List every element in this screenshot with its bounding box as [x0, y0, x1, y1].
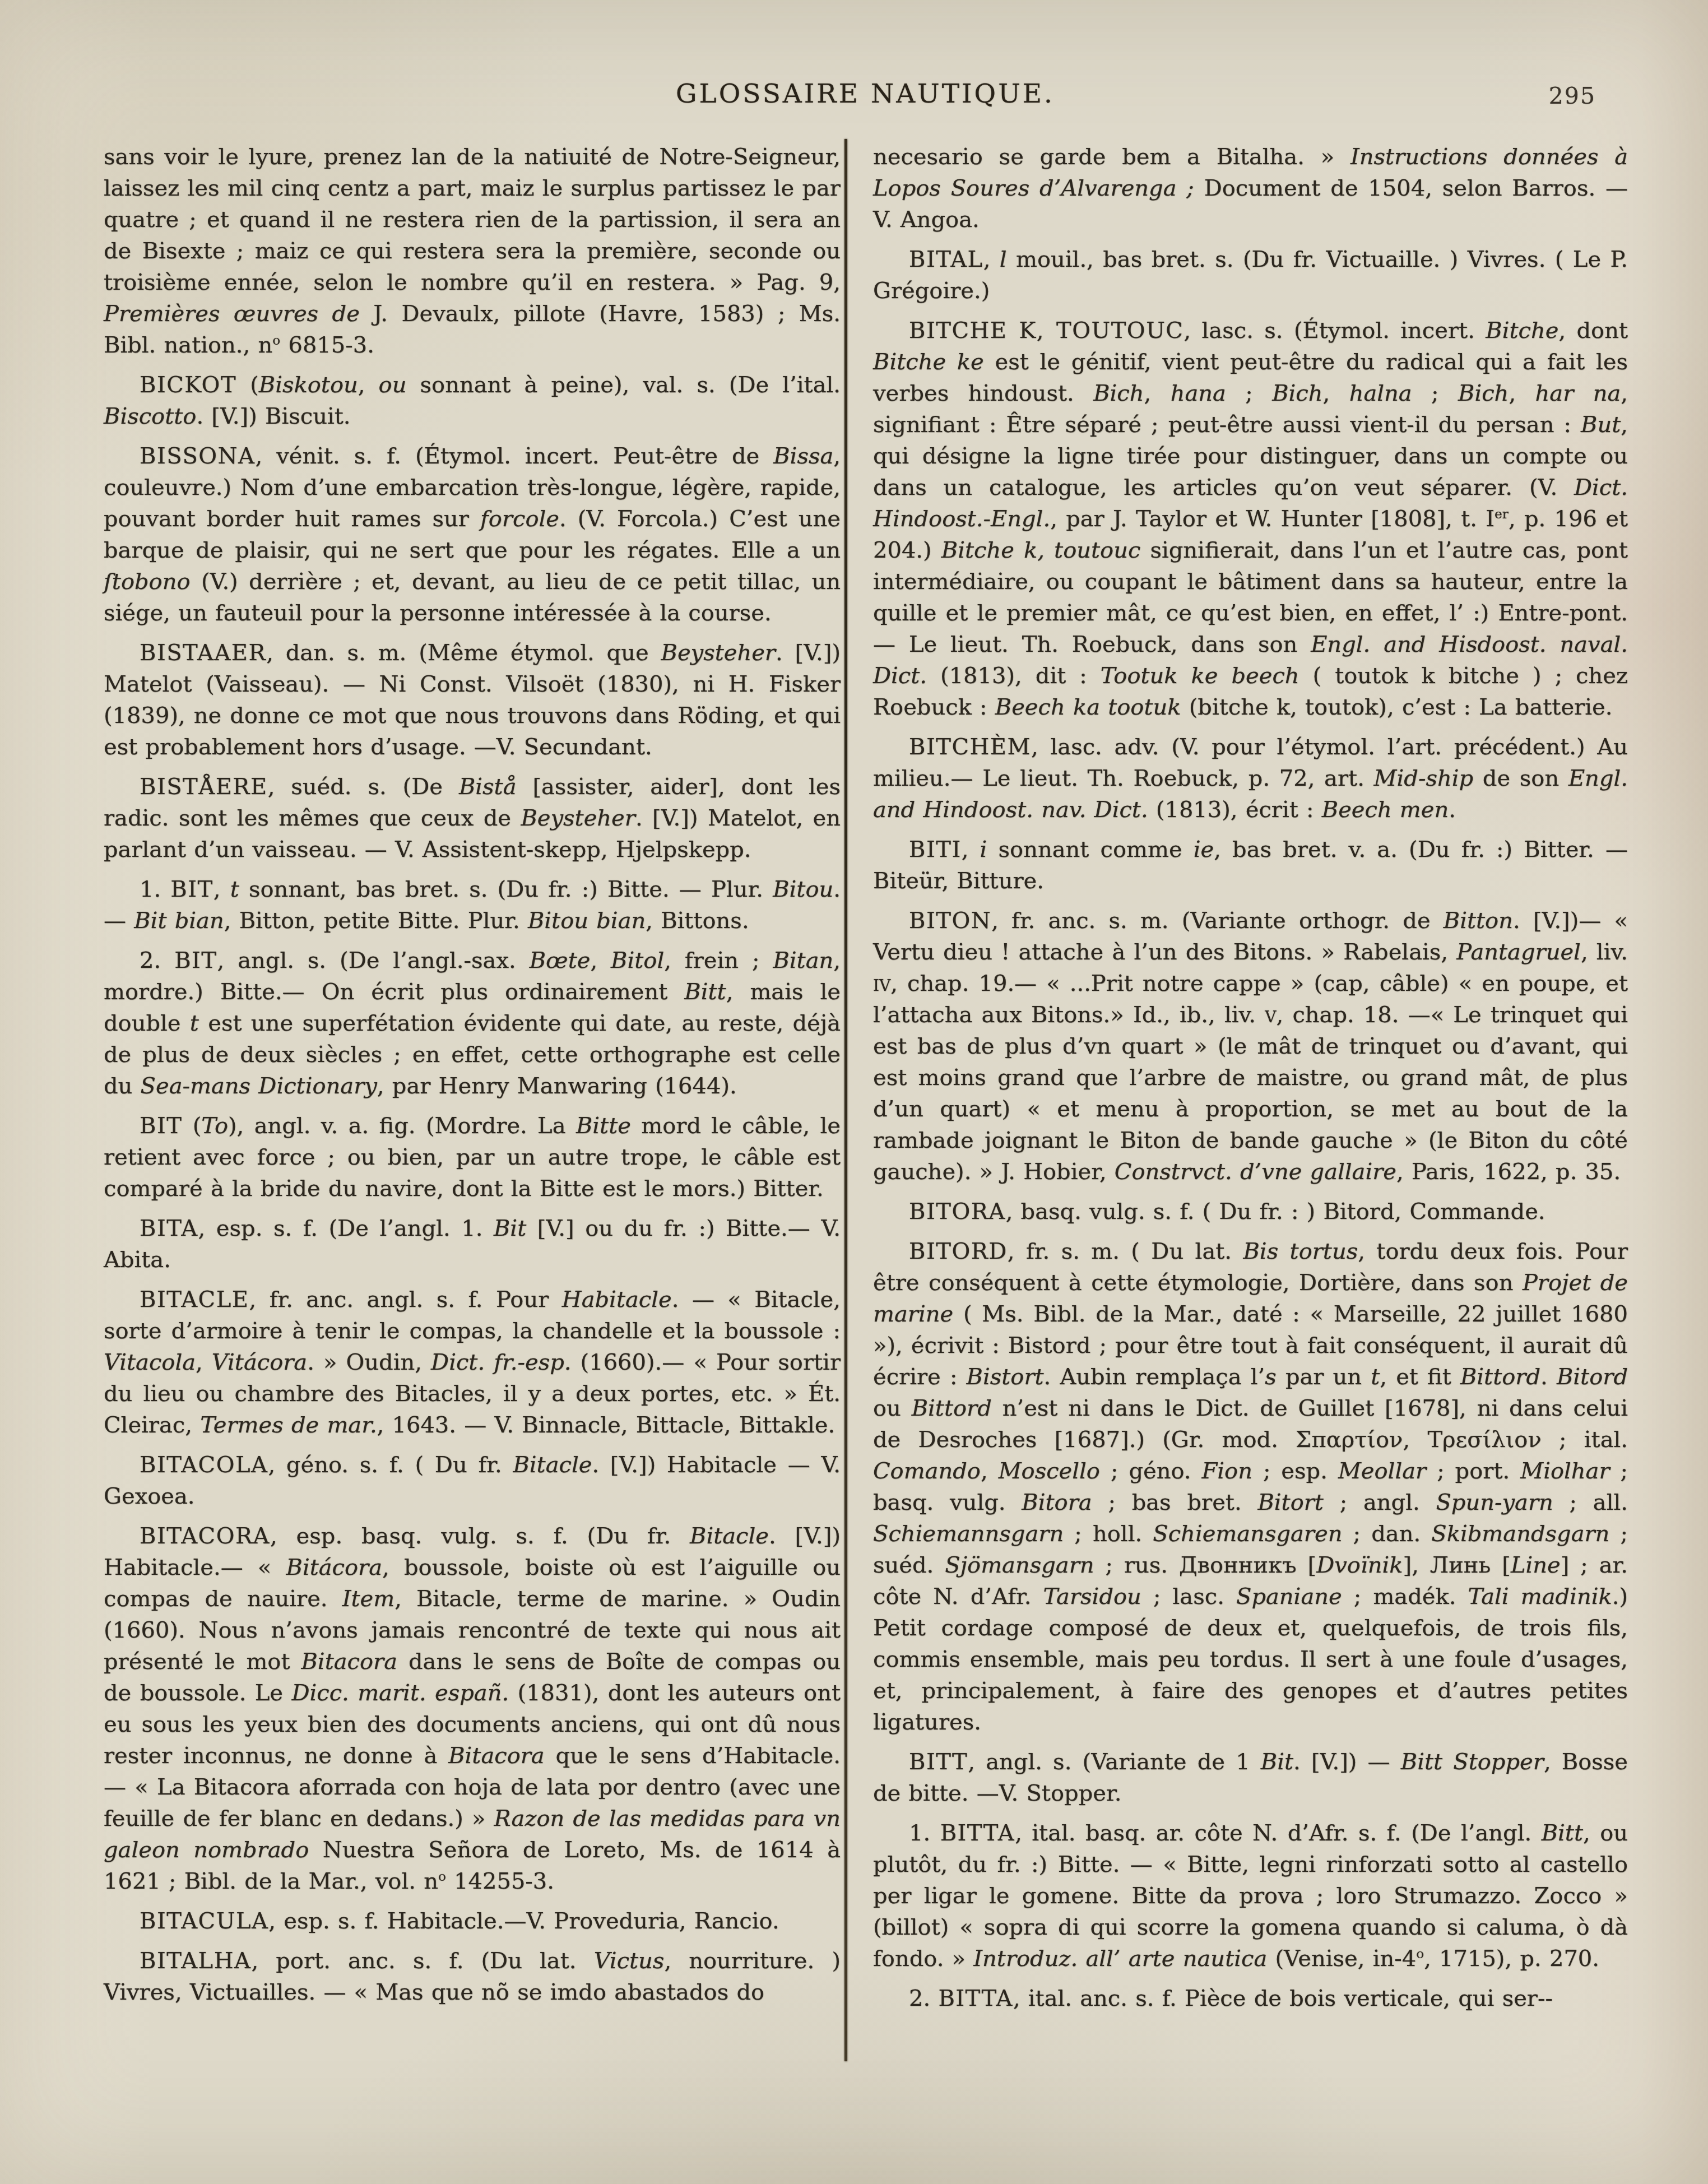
text-run: Bitt [1542, 1820, 1583, 1846]
headword: BISSONA [140, 443, 255, 469]
text-run: Termes de mar. [200, 1412, 377, 1438]
headword: BIT [140, 1113, 182, 1139]
entry-bit-2: 2. BIT, angl. s. (De l’angl.-sax. Bœte, … [104, 945, 841, 1102]
entry-bitord: BITORD, fr. s. m. ( Du lat. Bis tortus, … [873, 1236, 1628, 1738]
text-run: , suéd. s. (De [268, 774, 459, 800]
text-run: s [1265, 1364, 1277, 1390]
text-run: i [980, 837, 987, 863]
text-run: Beech ka tootuk [995, 694, 1181, 720]
text-run: , angl. s. (De l’angl.-sax. [217, 948, 530, 973]
text-run: , fr. anc. angl. s. f. Pour [249, 1287, 561, 1313]
entry-bitche-k-toutouc: BITCHE K, TOUTOUC, lasc. s. (Étymol. inc… [873, 315, 1628, 723]
text-run: , 1643. — V. Binnacle, Bittacle, Bittakl… [377, 1412, 836, 1438]
text-run: l [1000, 247, 1007, 272]
continuation-from-previous-page: sans voir le lyure, prenez lan de la nat… [104, 141, 841, 361]
text-run: . [1449, 797, 1456, 823]
text-run: Mid-ship [1374, 766, 1474, 791]
text-run: 14255-3. [446, 1868, 554, 1894]
text-run: (bitche k, toutok), c’est : La batterie. [1181, 694, 1613, 720]
text-run: hana [1171, 381, 1226, 406]
text-run: . [V.]) Biscuit. [196, 404, 350, 429]
text-run: Sjömansgarn [945, 1552, 1094, 1578]
text-run: , dan. s. m. (Même étymol. que [266, 640, 661, 666]
text-run: Schiemannsgarn [873, 1521, 1064, 1547]
text-run: Bich [1458, 381, 1509, 406]
text-run: , angl. s. (Variante de 1 [968, 1749, 1261, 1775]
text-run: 1. [909, 1820, 940, 1846]
text-run: ; géno. [1100, 1458, 1202, 1484]
text-run: Meollar [1338, 1458, 1426, 1484]
text-run: , basq. vulg. s. f. ( Du fr. : ) Bitord,… [1006, 1199, 1545, 1225]
text-run: , par J. Taylor et W. Hunter [1808], t. … [1050, 506, 1494, 532]
text-run: , Bittons. [646, 908, 749, 934]
entry-biti: BITI, i sonnant comme ie, bas bret. v. a… [873, 834, 1628, 897]
text-run: Bich [1093, 381, 1144, 406]
headword: BITCHE K, TOUTOUC [909, 318, 1183, 344]
text-run: Schiemansgaren [1153, 1521, 1342, 1547]
entry-bit-to: BIT (To), angl. v. a. fig. (Mordre. La B… [104, 1110, 841, 1204]
text-run: . Aubin remplaça l’ [1044, 1364, 1265, 1390]
entry-bitchem: BITCHÈM, lasc. adv. (V. pour l’étymol. l… [873, 731, 1628, 826]
entry-bitacula: BITACULA, esp. s. f. Habitacle.—V. Prove… [104, 1905, 841, 1937]
text-run: Dicc. marit. españ. [291, 1680, 509, 1706]
text-run: , Bitton, petite Bitte. Plur. [224, 908, 528, 934]
text-run: , fr. anc. s. m. (Variante orthogr. de [991, 908, 1444, 934]
entry-bit-1: 1. BIT, t sonnant, bas bret. s. (Du fr. … [104, 874, 841, 936]
text-run: o [438, 1869, 446, 1884]
text-run: 2. [140, 948, 174, 973]
text-run: sonnant comme [987, 837, 1193, 863]
text-run: sonnant à peine), val. s. (De l’ital. [406, 372, 841, 398]
text-run: Bitord [1557, 1364, 1628, 1390]
headword: BITACULA [140, 1908, 268, 1934]
text-run: Bittord [1460, 1364, 1540, 1390]
text-run: Introduz. all’ arte nautica [973, 1946, 1267, 1972]
text-run: 1. [140, 877, 170, 902]
text-run: Bissa [773, 443, 833, 469]
text-run: (Venise, in-4 [1267, 1946, 1416, 1972]
text-run: , 1715), p. 270. [1424, 1946, 1599, 1972]
text-run: Spaniane [1236, 1584, 1342, 1610]
text-run: Constrvct. d’vne gallaire [1115, 1159, 1396, 1185]
text-run: Bitácora [286, 1555, 383, 1580]
text-run: . » Oudin, [307, 1350, 431, 1375]
text-run: , fr. s. m. ( Du lat. [1008, 1239, 1243, 1264]
entry-bistaaer: BISTAAER, dan. s. m. (Même étymol. que B… [104, 637, 841, 763]
headword: BITA [140, 1216, 198, 1241]
headword: BITALHA [140, 1948, 251, 1974]
text-run: forcole [480, 506, 559, 532]
text-run: , [358, 372, 379, 398]
text-run: Bit [494, 1216, 526, 1241]
text-run: Spun-yarn [1436, 1490, 1553, 1515]
text-run: o [272, 333, 280, 348]
text-run: ; lasc. [1141, 1584, 1236, 1610]
text-run: Premières œuvres de [104, 301, 360, 327]
text-run: , ital. anc. s. f. Pièce de bois vertica… [1013, 1986, 1553, 2011]
headword: BITI [909, 837, 962, 863]
scanned-book-page: GLOSSAIRE NAUTIQUE. 295 sans voir le lyu… [0, 0, 1708, 2184]
text-run: sonnant, bas bret. s. (Du fr. :) Bitte. … [239, 877, 773, 902]
text-run: , [1509, 381, 1535, 406]
text-run: , [981, 1458, 999, 1484]
page-number: 295 [1549, 81, 1596, 111]
page-header: GLOSSAIRE NAUTIQUE. 295 [104, 77, 1627, 111]
entry-bitta-1: 1. BITTA, ital. basq. ar. côte N. d’Afr.… [873, 1817, 1628, 1974]
text-run: necesario se garde bem a Bitalha. » [873, 144, 1350, 170]
text-run: Tali madinik [1468, 1584, 1612, 1610]
text-run: To [201, 1113, 228, 1139]
text-run: ( [236, 372, 259, 398]
text-run: ; all. [1553, 1490, 1628, 1515]
text-run: Bittord [912, 1395, 992, 1421]
text-run: par un [1277, 1364, 1371, 1390]
text-run: , [1323, 381, 1349, 406]
entry-bissona: BISSONA, vénit. s. f. (Étymol. incert. P… [104, 440, 841, 629]
text-run: halna [1349, 381, 1412, 406]
text-run: t [190, 1010, 199, 1036]
text-run: , [1144, 381, 1170, 406]
text-run: Fion [1202, 1458, 1252, 1484]
text-run: er [1494, 507, 1509, 522]
text-run: Bitton [1444, 908, 1513, 934]
text-run: Bitou bian [528, 908, 646, 934]
text-run: Bis tortus [1243, 1239, 1358, 1264]
text-run: , [196, 1350, 212, 1375]
headword: BISTÅERE [140, 774, 268, 800]
text-run: Bitou [773, 877, 833, 902]
text-run: , esp. s. f. (De l’angl. 1. [198, 1216, 494, 1241]
text-run: Skibmandsgarn [1431, 1521, 1609, 1547]
text-run: iv [873, 971, 890, 996]
text-run: Bitt [684, 979, 726, 1005]
headword: BITON [909, 908, 991, 934]
headword: BITT [909, 1749, 968, 1775]
text-run: Bitt Stopper [1401, 1749, 1544, 1775]
text-run: Bit [1261, 1749, 1293, 1775]
headword: BIT [174, 948, 217, 973]
entry-bitora: BITORA, basq. vulg. s. f. ( Du fr. : ) B… [873, 1196, 1628, 1227]
text-run: ; esp. [1252, 1458, 1338, 1484]
entry-bitta-2: 2. BITTA, ital. anc. s. f. Pièce de bois… [873, 1983, 1628, 2014]
text-run: , et fit [1380, 1364, 1460, 1390]
entry-bitt: BITT, angl. s. (Variante de 1 Bit. [V.])… [873, 1746, 1628, 1809]
headword: BITACOLA [140, 1452, 268, 1478]
text-run: Item [342, 1586, 394, 1612]
headword: BITTA [938, 1986, 1013, 2011]
text-run: o [1416, 1946, 1424, 1962]
text-run: 6815-3. [280, 332, 374, 358]
text-run: , [214, 877, 230, 902]
text-run: Biskotou [259, 372, 358, 398]
text-block: sans voir le lyure, prenez lan de la nat… [104, 141, 1628, 2014]
text-run: ſtobono [104, 569, 191, 595]
headword: BITORD [909, 1239, 1008, 1264]
headword: BIT [170, 877, 213, 902]
text-run: , [962, 837, 980, 863]
text-run: Bich [1272, 381, 1322, 406]
text-run: Bœte [530, 948, 591, 973]
text-run: . [V.]) — [1293, 1749, 1401, 1775]
text-run: Bistort [967, 1364, 1044, 1390]
text-run: ; [1226, 381, 1272, 406]
text-run: , [590, 948, 611, 973]
text-run: ; holl. [1064, 1521, 1153, 1547]
text-run: Bitacora [448, 1743, 545, 1769]
entry-bitacora: BITACORA, esp. basq. vulg. s. f. (Du fr.… [104, 1520, 841, 1897]
entry-biton: BITON, fr. anc. s. m. (Variante orthogr.… [873, 905, 1628, 1188]
text-run: Bitacora [301, 1649, 397, 1675]
text-run: Bitacle [690, 1523, 769, 1549]
entry-bitacola: BITACOLA, géno. s. f. ( Du fr. Bitacle. … [104, 1449, 841, 1512]
text-run: t [1371, 1364, 1380, 1390]
text-run: ie [1194, 837, 1214, 863]
headword: BITACLE [140, 1287, 249, 1313]
text-run: Vitacola [104, 1350, 196, 1375]
text-run: , dont [1558, 318, 1628, 344]
text-run: 2. [909, 1986, 938, 2011]
continuation-from-left-column: necesario se garde bem a Bitalha. » Inst… [873, 141, 1628, 235]
text-run: Bit bian [134, 908, 224, 934]
text-run: sans voir le lyure, prenez lan de la nat… [104, 144, 841, 295]
text-run: , Paris, 1622, p. 35. [1396, 1159, 1621, 1185]
headword: BITCHÈM [909, 734, 1031, 760]
text-run: Beysteher [661, 640, 776, 666]
text-run: Bitort [1257, 1490, 1324, 1515]
text-run: ; port. [1426, 1458, 1520, 1484]
text-run: , frein ; [664, 948, 773, 973]
text-run: , ital. basq. ar. côte N. d’Afr. s. f. (… [1015, 1820, 1542, 1846]
text-run: , chap. 18. —« Le trinquet qui est bas d… [873, 1002, 1628, 1185]
text-run: ou [379, 372, 407, 398]
text-run: , lasc. s. (Étymol. incert. [1183, 318, 1486, 344]
text-run: But [1581, 412, 1621, 438]
text-run: Bitche k, toutouc [941, 537, 1141, 563]
entry-bistaere: BISTÅERE, suéd. s. (De Bistå [assister, … [104, 771, 841, 865]
text-run: Pantagruel [1456, 939, 1581, 965]
entry-bital: BITAL, l mouil., bas bret. s. (Du fr. Vi… [873, 244, 1628, 307]
text-run: Vitácora [212, 1350, 307, 1375]
text-run: Bitte [576, 1113, 631, 1139]
text-run: de son [1473, 766, 1568, 791]
entry-bitalha: BITALHA, port. anc. s. f. (Du lat. Victu… [104, 1945, 841, 2008]
text-run: Beech men [1322, 797, 1449, 823]
text-run: ou [873, 1395, 912, 1421]
text-run: Habitacle [562, 1287, 672, 1313]
text-run: ], Линь [ [1403, 1552, 1511, 1578]
text-run: (1813), écrit : [1148, 797, 1322, 823]
text-run: Dict. fr.-esp. [431, 1350, 571, 1375]
text-run: , géno. s. f. ( Du fr. [268, 1452, 513, 1478]
text-run: Miolhar [1520, 1458, 1609, 1484]
text-run: Bitan [773, 948, 833, 973]
text-run: ; angl. [1324, 1490, 1436, 1515]
entry-bickot: BICKOT (Biskotou, ou sonnant à peine), v… [104, 369, 841, 432]
text-run: Sea-mans Dictionary [141, 1073, 377, 1099]
text-run: Biscotto [104, 404, 196, 429]
text-run: Tootuk ke beech [1101, 663, 1299, 689]
text-run: Bitora [1022, 1490, 1092, 1515]
text-run: Bitacle [513, 1452, 592, 1478]
text-run: (1813), dit : [927, 663, 1101, 689]
text-run: v [1265, 1002, 1276, 1028]
headword: BITORA [909, 1199, 1006, 1225]
text-run: Bitche ke [873, 349, 984, 375]
headword: BISTAAER [140, 640, 266, 666]
headword: BICKOT [140, 372, 236, 398]
text-run: , liv. [1581, 939, 1628, 965]
text-run: ; dan. [1342, 1521, 1431, 1547]
left-column: sans voir le lyure, prenez lan de la nat… [104, 141, 841, 2014]
text-run: Bistå [459, 774, 517, 800]
text-run: , esp. s. f. Habitacle.—V. Proveduria, R… [268, 1908, 779, 1934]
text-run: Line [1511, 1552, 1561, 1578]
text-run: Bitol [611, 948, 664, 973]
running-title: GLOSSAIRE NAUTIQUE. [104, 77, 1627, 111]
text-run: ; madék. [1342, 1584, 1468, 1610]
text-run: , vénit. s. f. (Étymol. incert. Peut-êtr… [255, 443, 773, 469]
text-run: Bitche [1486, 318, 1558, 344]
text-run: ; [1412, 381, 1458, 406]
text-run: Dvoïnik [1316, 1552, 1403, 1578]
text-run: , port. anc. s. f. (Du lat. [251, 1948, 593, 1974]
text-run: ), angl. v. a. fig. (Mordre. La [228, 1113, 576, 1139]
headword: BITACORA [140, 1523, 270, 1549]
text-run: (V.) derrière ; et, devant, au lieu de c… [104, 569, 841, 626]
text-run: t [230, 877, 239, 902]
text-run: Comando [873, 1458, 981, 1484]
text-run: ( [182, 1113, 201, 1139]
text-run: Beysteher [521, 805, 635, 831]
text-run: . [1540, 1364, 1557, 1390]
text-run: Tarsidou [1043, 1584, 1141, 1610]
text-run: ; rus. Двонникъ [ [1094, 1552, 1317, 1578]
text-run: Moscello [999, 1458, 1100, 1484]
text-run: , par Henry Manwaring (1644). [377, 1073, 737, 1099]
text-run: ; bas bret. [1092, 1490, 1258, 1515]
right-column: necesario se garde bem a Bitalha. » Inst… [873, 141, 1628, 2014]
headword: BITTA [940, 1820, 1015, 1846]
text-run: , [983, 247, 1000, 272]
text-run: , esp. basq. vulg. s. f. (Du fr. [270, 1523, 690, 1549]
text-run: har na [1535, 381, 1621, 406]
headword: BITAL [909, 247, 983, 272]
entry-bitacle: BITACLE, fr. anc. angl. s. f. Pour Habit… [104, 1284, 841, 1441]
text-run: Victus [594, 1948, 665, 1974]
entry-bita: BITA, esp. s. f. (De l’angl. 1. Bit [V.]… [104, 1213, 841, 1276]
